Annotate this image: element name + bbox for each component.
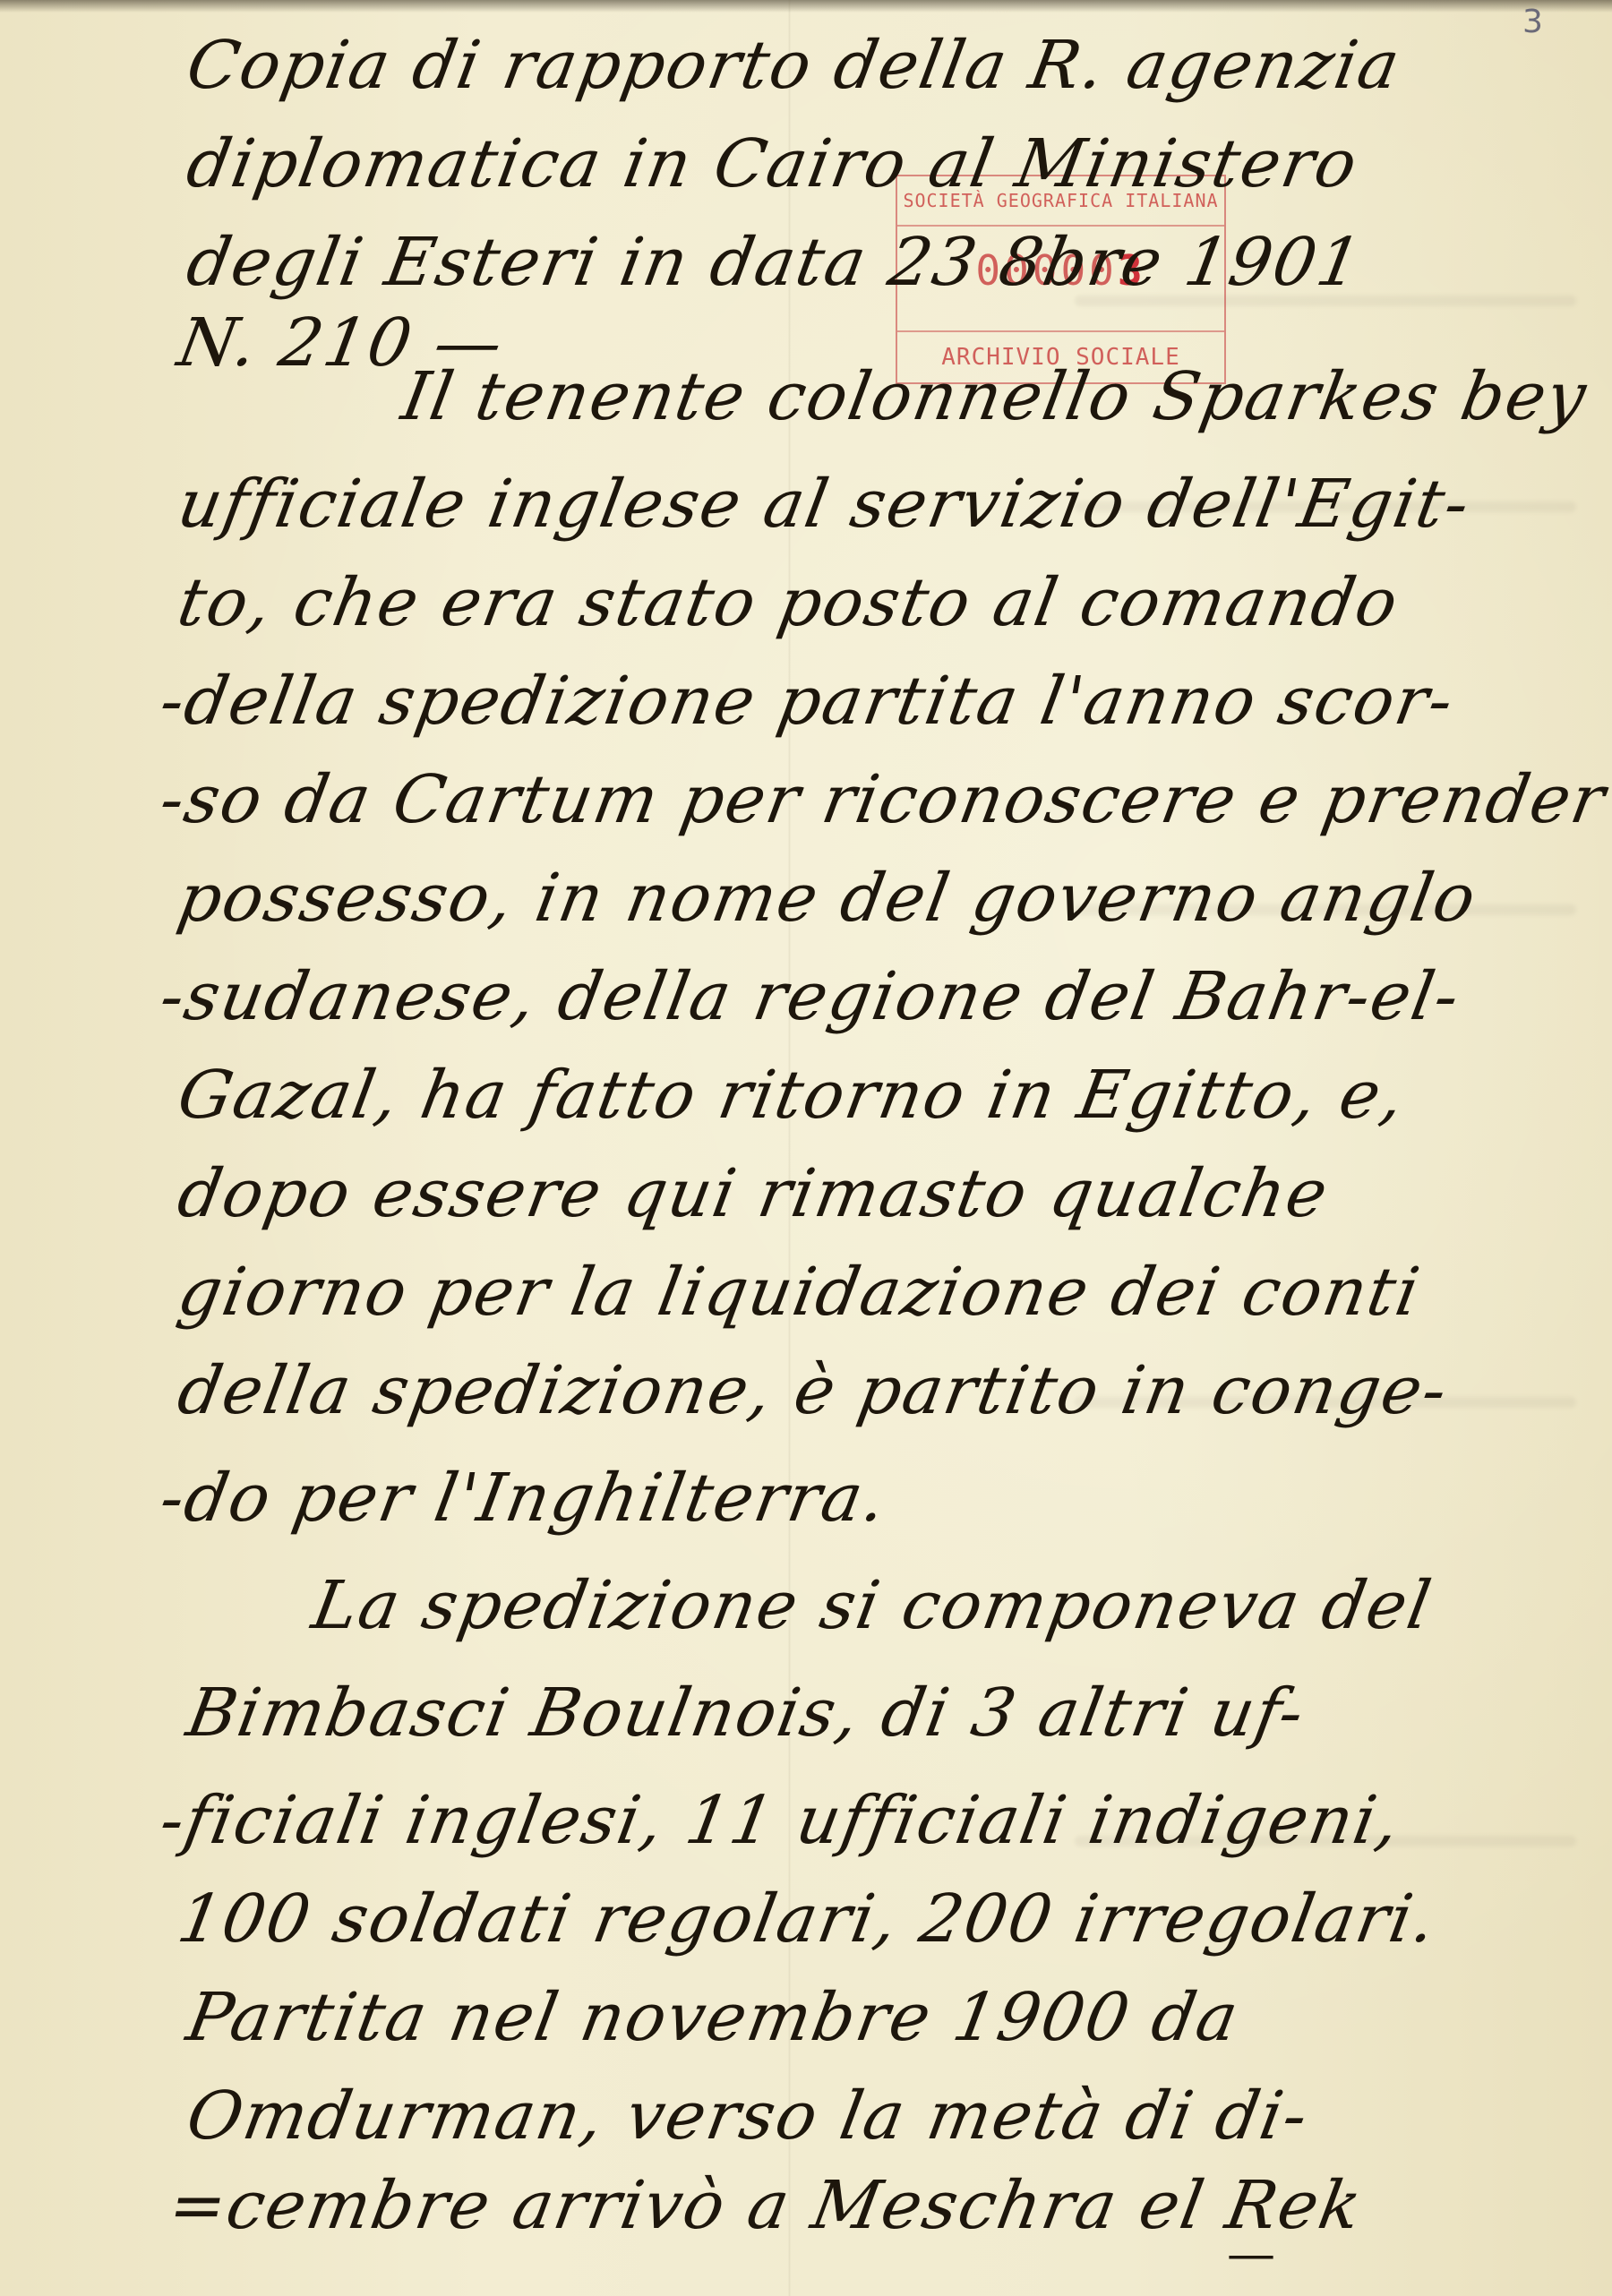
handwritten-line: La spedizione si componeva del [306, 1567, 1437, 1644]
handwritten-line: Bimbasci Boulnois, di 3 altri uf- [181, 1675, 1310, 1752]
handwritten-line: possesso, in nome del governo anglo [172, 860, 1482, 937]
scan-edge-shadow [0, 0, 1612, 13]
handwritten-line: -do per l'Inghilterra. [154, 1460, 893, 1537]
document-page: 3 SOCIETÀ GEOGRAFICA ITALIANA 000003 ARC… [0, 0, 1612, 2296]
handwritten-line: -sudanese, della regione del Bahr-el- [154, 958, 1466, 1035]
handwritten-line: Gazal, ha fatto ritorno in Egitto, e, [172, 1057, 1410, 1134]
handwritten-line: =cembre arrivò a Meschra el Rek [163, 2167, 1368, 2244]
handwritten-line: to, che era stato posto al comando [172, 564, 1404, 641]
handwritten-line: dopo essere qui rimasto qualche [172, 1155, 1334, 1232]
handwritten-line: 100 soldati regolari, 200 irregolari. [172, 1880, 1443, 1958]
handwritten-line: giorno per la liquidazione dei conti [172, 1254, 1426, 1331]
handwritten-line: Partita nel novembre 1900 da [181, 1979, 1245, 2056]
handwritten-line: -so da Cartum per riconoscere e prender [154, 761, 1612, 838]
handwritten-line: degli Esteri in data 23 8bre 1901 [181, 224, 1368, 301]
handwritten-line: della spedizione, è partito in conge- [172, 1352, 1453, 1429]
handwritten-line: -ficiali inglesi, 11 ufficiali indigeni, [154, 1782, 1406, 1859]
handwritten-line: Il tenente colonnello Sparkes bey [396, 358, 1593, 435]
handwritten-line: Copia di rapporto della R. agenzia [181, 27, 1406, 104]
handwritten-line: Omdurman, verso la metà di di- [181, 2078, 1315, 2155]
end-mark: — [1227, 2225, 1275, 2282]
handwritten-line: -della spedizione partita l'anno scor- [154, 663, 1460, 740]
handwritten-line: diplomatica in Cairo al Ministero [181, 125, 1364, 202]
handwritten-line: ufficiale inglese al servizio dell'Egit- [172, 466, 1476, 543]
page-number: 3 [1522, 4, 1543, 40]
